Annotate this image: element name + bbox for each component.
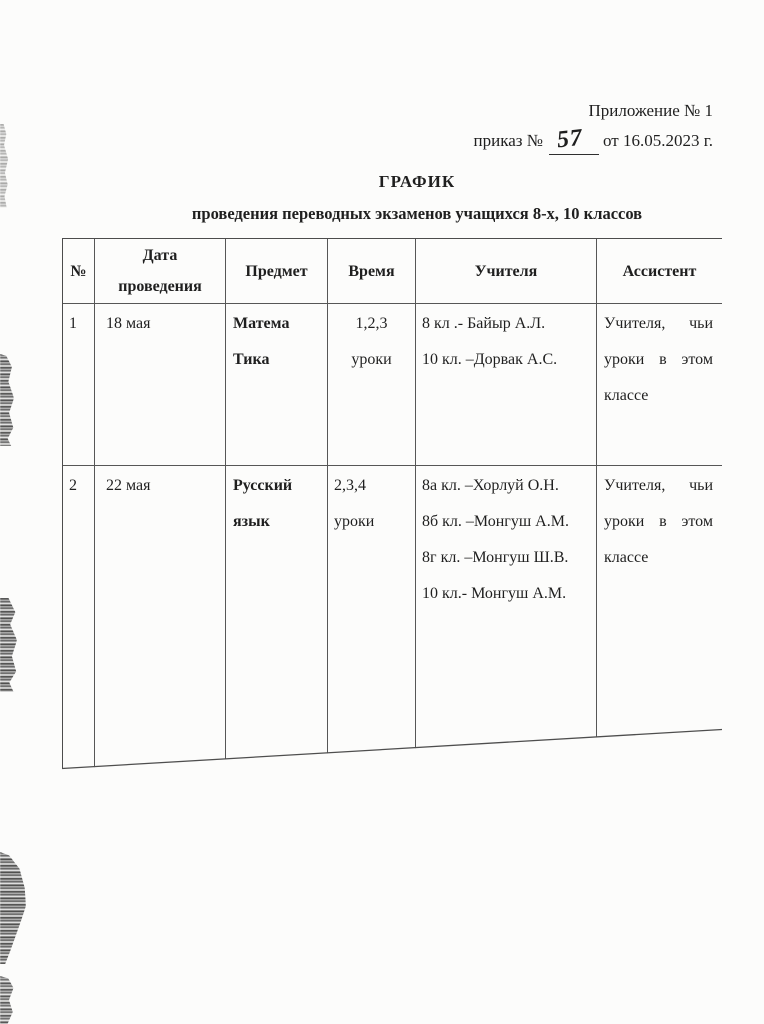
row-number: 2 bbox=[69, 468, 94, 504]
row1-num: 1 bbox=[63, 304, 95, 466]
col-header-subject-label: Предмет bbox=[245, 256, 307, 287]
exam-schedule-table: № Дата проведения Предмет Время Учителя … bbox=[62, 238, 722, 770]
col-header-subject: Предмет bbox=[226, 239, 328, 304]
subject-line: Тика bbox=[233, 342, 327, 378]
col-header-time-label: Время bbox=[348, 256, 394, 287]
teacher-line: 10 кл.- Монгуш А.М. bbox=[422, 576, 596, 612]
time-line: 1,2,3 bbox=[328, 306, 415, 342]
row2-time: 2,3,4 уроки bbox=[328, 466, 416, 771]
document-title: ГРАФИК bbox=[70, 172, 764, 192]
exam-date: 18 мая bbox=[106, 306, 225, 342]
order-prefix: приказ № bbox=[474, 131, 543, 150]
order-suffix: от 16.05.2023 г. bbox=[603, 131, 713, 150]
assistant-line: классе bbox=[604, 378, 713, 414]
col-header-teachers-label: Учителя bbox=[475, 256, 538, 287]
col-header-assistant-label: Ассистент bbox=[623, 256, 697, 287]
row2-date: 22 мая bbox=[95, 466, 226, 771]
row2-teachers: 8а кл. –Хорлуй О.Н. 8б кл. –Монгуш А.М. … bbox=[416, 466, 597, 771]
document-subtitle: проведения переводных экзаменов учащихся… bbox=[70, 204, 764, 224]
col-header-teachers: Учителя bbox=[416, 239, 597, 304]
col-header-date-line: проведения bbox=[118, 271, 202, 302]
scan-artifact bbox=[0, 852, 26, 964]
time-line: уроки bbox=[334, 504, 415, 540]
teacher-line: 10 кл. –Дорвак А.С. bbox=[422, 342, 596, 378]
assistant-line: уроки в этом bbox=[604, 504, 713, 540]
row2-num: 2 bbox=[63, 466, 95, 771]
scanned-document-page: Приложение № 1 приказ №57от 16.05.2023 г… bbox=[0, 0, 764, 1024]
order-line: приказ №57от 16.05.2023 г. bbox=[474, 126, 713, 158]
subject-line: Русский bbox=[233, 468, 327, 504]
row1-assistant: Учителя, чьи уроки в этом классе bbox=[597, 304, 723, 466]
assistant-line: классе bbox=[604, 540, 713, 576]
row1-time: 1,2,3 уроки bbox=[328, 304, 416, 466]
col-header-num: № bbox=[63, 239, 95, 304]
time-line: уроки bbox=[328, 342, 415, 378]
row1-teachers: 8 кл .- Байыр А.Л. 10 кл. –Дорвак А.С. bbox=[416, 304, 597, 466]
assistant-line: Учителя, чьи bbox=[604, 306, 713, 342]
subject-line: язык bbox=[233, 504, 327, 540]
col-header-date: Дата проведения bbox=[95, 239, 226, 304]
teacher-line: 8б кл. –Монгуш А.М. bbox=[422, 504, 596, 540]
table-grid: № Дата проведения Предмет Время Учителя … bbox=[62, 238, 722, 770]
col-header-assistant: Ассистент bbox=[597, 239, 723, 304]
scan-artifact bbox=[0, 598, 17, 692]
row2-assistant: Учителя, чьи уроки в этом классе bbox=[597, 466, 723, 771]
row2-subject: Русский язык bbox=[226, 466, 328, 771]
col-header-num-label: № bbox=[70, 256, 86, 287]
order-number-underline: 57 bbox=[549, 126, 599, 155]
row1-date: 18 мая bbox=[95, 304, 226, 466]
col-header-time: Время bbox=[328, 239, 416, 304]
exam-date: 22 мая bbox=[106, 468, 225, 504]
teacher-line: 8 кл .- Байыр А.Л. bbox=[422, 306, 596, 342]
teacher-line: 8а кл. –Хорлуй О.Н. bbox=[422, 468, 596, 504]
teacher-line: 8г кл. –Монгуш Ш.В. bbox=[422, 540, 596, 576]
scan-artifact bbox=[0, 354, 14, 446]
assistant-line: уроки в этом bbox=[604, 342, 713, 378]
row1-subject: Матема Тика bbox=[226, 304, 328, 466]
col-header-date-line: Дата bbox=[143, 240, 178, 271]
assistant-line: Учителя, чьи bbox=[604, 468, 713, 504]
time-line: 2,3,4 bbox=[334, 468, 415, 504]
scan-artifact bbox=[0, 124, 9, 208]
scan-artifact bbox=[0, 976, 15, 1024]
row-number: 1 bbox=[69, 306, 94, 342]
subject-line: Матема bbox=[233, 306, 327, 342]
appendix-label: Приложение № 1 bbox=[589, 101, 713, 121]
order-number-handwritten: 57 bbox=[556, 125, 585, 155]
